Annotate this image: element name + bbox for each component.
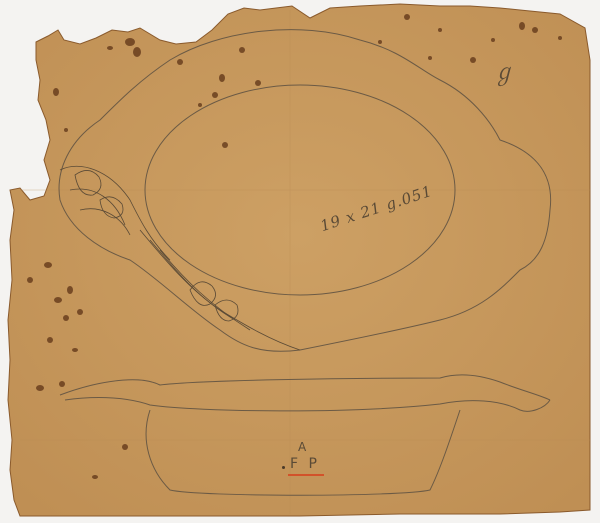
red-underline xyxy=(288,474,324,476)
mark-letter: A xyxy=(298,440,306,454)
drawing-scene: 19 x 21 g.051 ℊ A F P xyxy=(0,0,600,523)
initials-mark: F P xyxy=(290,456,320,472)
pencil-dot xyxy=(282,466,285,469)
